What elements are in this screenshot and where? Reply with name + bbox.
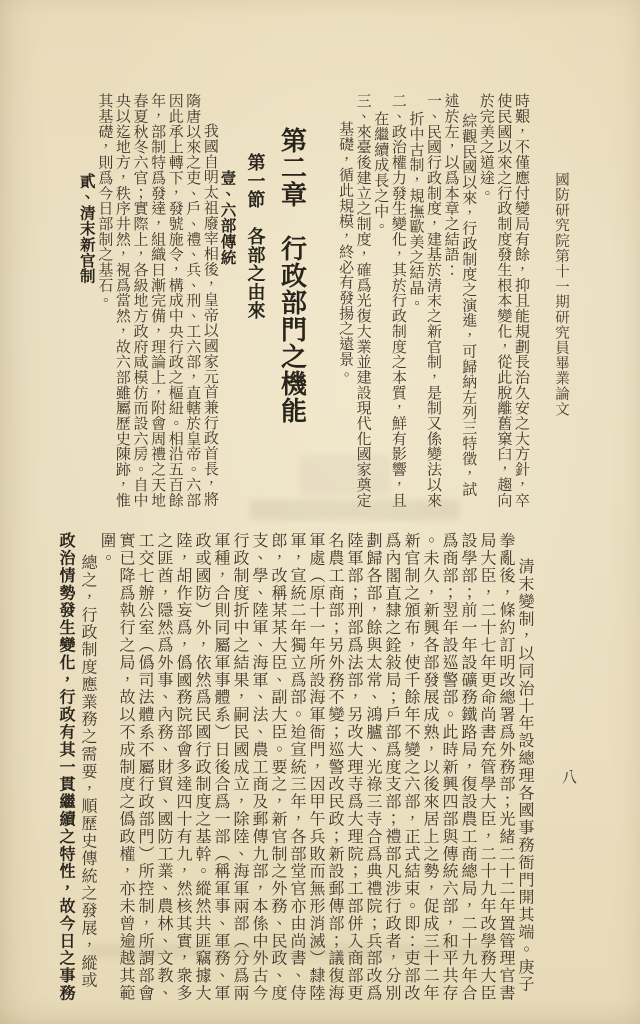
text-column: 。未久，新興各部發展成熟，以後來居上之勢，促成三十二年 [421, 532, 440, 1002]
text-column: 折中古制，規撫歐美之結晶。 [407, 93, 425, 545]
text-column: 二、政治權力發生變化，其於行政制度之本質，鮮有影響，且 [389, 93, 407, 545]
heading-column: 壹、六部傳統 [219, 93, 237, 545]
text-column: 政或國防）外，依然爲民國行政制度之基幹。縱然共匪竊據大 [193, 532, 212, 1002]
text-column: 設學部；前一年設礦務鐵路局，復設農工商總局，二十九年合 [459, 532, 478, 1002]
text-column: 一、民國行政制度，建基於清末之新官制，是制又係變法以來 [424, 93, 442, 545]
text-column: 工交七辦公室（僞司法體系不屬行政部門）所控制，所謂部會 [136, 532, 155, 1002]
bleed-through-artifact [300, 455, 390, 495]
bleed-through-artifact [90, 944, 490, 958]
bleed-through-artifact [250, 500, 460, 520]
text-column: 述於左，以爲本章之結語： [442, 93, 460, 545]
scanned-page: 國防研究院第十一期研究員畢業論文 八 時艱，不僅應付變局有餘，抑且能規劃長治久安… [0, 0, 640, 1024]
text-column: 年，部制特爲發達，組織日漸完備，理論上，附會周禮之天地 [149, 93, 167, 545]
text-column: 支、學、陸軍、海軍、法、農工商及郵傳九部，本係中外古今 [250, 532, 269, 1002]
text-column: 綜觀民國以來，行政制度之演進，可歸納左列三特徵，試 [460, 93, 478, 545]
heading-column: 貳、清末新官制 [78, 93, 96, 545]
heading-column: 第一節 各部之由來 [244, 93, 264, 545]
text-column: 行政制度折中之結果，嗣民國成立，除陸、海軍兩部（分爲兩 [231, 532, 250, 1002]
text-column: 陸軍部；刑部爲法部，另改大理寺爲大理院；工部併入商部更 [345, 532, 364, 1002]
text-column: 爲商部；翌年設巡警部。此時新興四部與傳統六部，和平共存 [440, 532, 459, 1002]
text-column: 名農工商部；另外務不變；巡警改民政；新設郵傳部；議復海 [326, 532, 345, 1002]
text-column: 於完美之道途。 [477, 93, 495, 545]
text-column: 局大臣，二十七年更命尚書充管學大臣，二十九年改學務大臣 [478, 532, 497, 1002]
text-column: 總之，行政制度應業務之需要，順歷史傳統之發展，縱或 [79, 532, 98, 1002]
text-column: 其基礎，則爲今日部制之基石。 [96, 93, 114, 545]
text-column: 使民國以來之行政制度發生根本變化，從此脫離舊窠臼，趨向 [495, 93, 513, 545]
text-column: 郎，改稱某某大臣、副大臣。要之，新官制之外務、民政、度 [269, 532, 288, 1002]
text-column: 時艱，不僅應付變局有餘，抑且能規劃長治久安之大方針，卒 [512, 93, 530, 545]
text-column: 爲內閣直隸之銓敍局；戶部爲度支部；禮部凡涉行政者，分別 [383, 532, 402, 1002]
text-column: 新官制之頒布，使千餘年不變之六部，正式結束。即：吏部改 [402, 532, 421, 1002]
text-column: 之匪酋，隱然爲外事、內務、財貿、國防工業、農林、文教、 [155, 532, 174, 1002]
text-column: 央以迄地方，秩序井然，視爲當然，故六部雖屬歷史陳跡，惟 [113, 93, 131, 545]
text-column: 因此承上轉下，發號施令，構成中央行政之樞紐。相沿五百餘 [166, 93, 184, 545]
heading-column: 政治情勢發生變化，行政有其一貫繼續之特性，故今日之事務 [57, 532, 76, 1002]
bottom-text-block: 清末變制，以同治十年設總理各國事務衙門開其端。庚子拳亂後，條約訂明改總署爲外務部… [57, 532, 535, 1002]
page-number: 八 [559, 769, 580, 784]
text-column: 軍，宣統二年獨立爲部。迨宣統三年，各部堂官亦由尚書、侍 [288, 532, 307, 1002]
text-column: 軍處（原十一年所設海軍衙門，因甲午兵敗而無形消滅）隸陸 [307, 532, 326, 1002]
text-column: 圍。 [98, 532, 117, 1002]
text-column: 陸，胡作妄爲，僞國務院部會多達四十有九，然核其實，衆多 [174, 532, 193, 1002]
journal-title: 國防研究院第十一期研究員畢業論文 [551, 172, 572, 417]
text-column: 拳亂後，條約訂明改總署爲外務部；光緒二十二年置管理官書 [497, 532, 516, 1002]
text-column: 我國自明太祖廢宰相後，皇帝以國家元首兼行政首長，將 [201, 93, 219, 545]
text-column: 實已降爲執行之局，故以不成制度之僞政權，亦未曾逾越其範 [117, 532, 136, 1002]
text-column: 軍種，合則同屬軍事體系）日後合爲一部（稱軍事、軍務、軍 [212, 532, 231, 1002]
text-column: 清末變制，以同治十年設總理各國事務衙門開其端。庚子 [516, 532, 535, 1002]
text-column: 劃歸各部，餘與太常、鴻臚、光祿三寺合爲典禮院；兵部改爲 [364, 532, 383, 1002]
text-column: 春夏秋冬六官；實際上，各級地方政府咸模仿而設六房。自中 [131, 93, 149, 545]
text-column: 隋唐以來之吏、戶、禮、兵、刑、工六部，直轄於皇帝。六部 [184, 93, 202, 545]
